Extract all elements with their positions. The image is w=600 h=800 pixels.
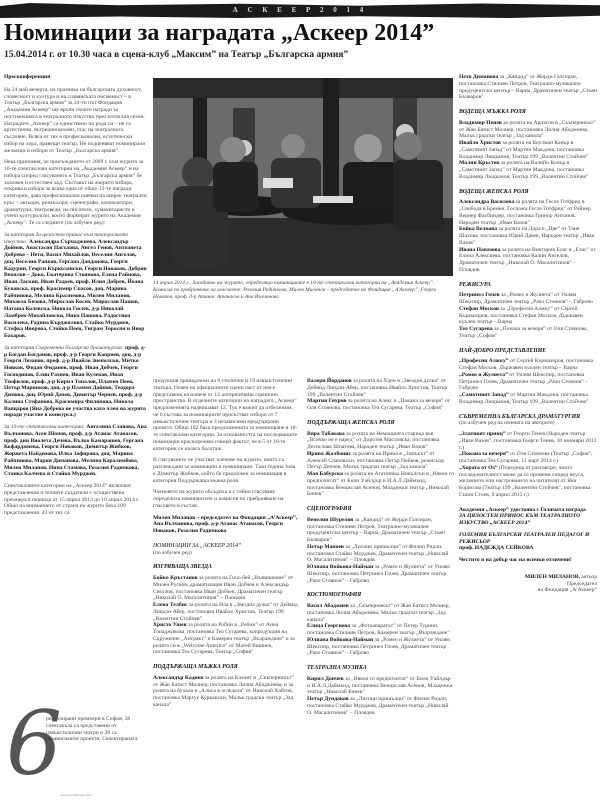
category-heading: НАЙ-ДОБРО ПРЕДСТАВЛЕНИЕ	[459, 348, 597, 355]
nominee: „Златният принц” от Георги Тенев (Народе…	[459, 431, 597, 451]
nominee: Васил Абаджиев за „Скъперникът” от Жан Б…	[307, 603, 454, 623]
nominee: Венелин Шурелов за „Кандид” от Жорди Гал…	[307, 517, 454, 544]
nominee: Бойка Велкова за ролята на Дора в „Цве” …	[459, 226, 597, 246]
nominations-heading: НОМИНАЦИИ ЗА „АСКЕЕР 2014”	[153, 543, 298, 550]
category-heading: ПОДДЪРЖАЩА МЪЖКА РОЛЯ	[153, 664, 298, 671]
photo-caption: 14 април 2014 г., Заседание на журито, о…	[153, 280, 453, 300]
category-heading: ИЗГРЯВАЩА ЗВЕЗДА	[153, 564, 298, 571]
category-heading: ВОДЕЩА МЪЖКА РОЛЯ	[459, 109, 597, 116]
lifetime-award-title: ЗА ЦЯЛОСТЕН ПРИНОС КЪМ ТЕАТРАЛНОТО ИЗКУС…	[459, 513, 597, 527]
paragraph: На 24 май вечерта, на празника на българ…	[4, 87, 147, 155]
category-heading: СЦЕНОГРАФИЯ	[307, 506, 454, 513]
page-number: 6	[6, 700, 62, 788]
category-heading: ПОДДЪРЖАЩА ЖЕНСКА РОЛЯ	[307, 420, 454, 427]
wrapped-paragraph: реализирани премиери в София, 38 спектак…	[46, 716, 146, 743]
nominee: „Самотният Запад” от Мартин Макдона, пос…	[459, 392, 597, 406]
nominee: Юлиана Войкова-Найман за „Ромео и Жулиет…	[307, 637, 454, 657]
nominee: Теа Сугарева за „Покана за вечеря” от Ол…	[459, 326, 597, 340]
nominee: Ивана Папазова за ролята на Виктория Ела…	[459, 247, 597, 274]
counting-commission: Милен Миланов – председател на Фондация …	[153, 515, 298, 535]
jury-category-1: За категория За цялостен принос към теат…	[4, 232, 147, 340]
jury-members: Ангелина Славова, Ана Вълчанова, Асен Шо…	[4, 424, 147, 477]
lifetime-award-intro: Академия „Аскеер” удостоява с Голямата н…	[459, 507, 597, 514]
page-subtitle: 15.04.2014 г. от 10.30 часа в сцена-клуб…	[4, 50, 348, 60]
signature: МИЛЕН МИЛАНОВ, актьор Председател на Фон…	[459, 574, 597, 594]
nominee: Александра Василева за ролята на Гесле Г…	[459, 199, 597, 226]
nominee: Петринел Гочев за „Ромео и Жулиета” от У…	[459, 292, 597, 306]
nominee: Петя Диманова за „Кандид” от Жорди Галсе…	[459, 74, 597, 101]
nominee: Петър Дундаков за „Лисици пришълци” от Ф…	[307, 696, 454, 716]
nominee: Елица Георгиева за „Фотоапаратът” от Пет…	[307, 623, 454, 637]
nominee: „Ромео и Жулиета” от Уилям Шекспир, пост…	[459, 372, 597, 392]
jury-photo	[153, 78, 453, 276]
nominee: Ивайло Христов за ролята на Коулман Конъ…	[459, 140, 597, 160]
category-heading: ВОДЕЩА ЖЕНСКА РОЛЯ	[459, 189, 597, 196]
jury-category-3: За 10-те спектаклови категории: Ангелина…	[4, 424, 147, 478]
column-1: Пресконференция На 24 май вечерта, на пр…	[4, 74, 147, 522]
photo-credit: Антоанета Вълчева 2014	[60, 793, 92, 797]
nominee: Александър Кадиев за ролята на Клеант в …	[153, 675, 298, 709]
press-conference-heading: Пресконференция	[4, 74, 147, 81]
nominee: Мартин Гяуров за ролята на Алекс в „Пока…	[307, 398, 454, 412]
nominee: Валери Йорданов за ролята на Хаум в „Зве…	[307, 378, 454, 398]
column-4: Петя Диманова за „Кандид” от Жорди Галсе…	[459, 74, 597, 594]
jury-members: Александра Сърчаджиева, Александър Дойно…	[4, 239, 147, 340]
photo-illustration	[153, 78, 453, 276]
signature-name: МИЛЕН МИЛАНОВ,	[525, 574, 580, 580]
nominee: Елена Телбис за ролята на Ила в „Звездна…	[153, 602, 298, 622]
nominee: Кирил Дончев за „Някои го предпочитат” о…	[307, 676, 454, 696]
category-note: (по азбучен ред на имената на авторите)	[459, 420, 597, 427]
jury-category-2: За категория Съвременна българска драмат…	[4, 345, 147, 419]
category-heading: КОСТЮМОГРАФИЯ	[307, 592, 454, 599]
column-3: Валери Йорданов за ролята на Хаум в „Зве…	[307, 378, 454, 716]
nominee: „Покана за вечеря” от Оля Стоянова (Теат…	[459, 451, 597, 465]
nominee: „Хората от Оз” (Поредица от разговори, ч…	[459, 465, 597, 499]
nominee: Христо Ушев за ролята на Робин в „Робин”…	[153, 622, 298, 656]
section-banner: А С К Е Е Р 2 0 1 4	[0, 3, 600, 18]
paragraph: Членовете на журито обсъдиха и с тайно г…	[153, 489, 298, 509]
category-heading: ТЕАТРАЛНА МУЗИКА	[307, 665, 454, 672]
nominee: Бойко Кръстанов за ролята на Гичо бей „В…	[153, 575, 298, 602]
nominee: Малин Кръстев за ролята на Валийн Конър …	[459, 160, 597, 180]
nominee: Юлиана Войкова-Найман за „Ромео и Жулиет…	[307, 564, 454, 584]
nominee: Стефан Москов за „Професия Алжку” от Сер…	[459, 306, 597, 326]
page-title: Номинации за наградата „Аскеер 2014”	[4, 20, 434, 47]
nominee: Вяра Табакова за ролята на Немощната ста…	[307, 431, 454, 451]
jury-members: проф. д-р Богдан Богданов, проф. д-р Гео…	[4, 345, 146, 419]
paragraph: продукция принадлежи на 8 столични и 19 …	[153, 378, 298, 452]
nominations-note: (по азбучен ред)	[153, 550, 298, 557]
recipient-name: проф. НАДЕЖДА СЕЙКОВА	[459, 545, 597, 552]
column-2: продукция принадлежи на 8 столични и 19 …	[153, 378, 298, 709]
nominee: „Професия Алжку” от Сергей Кърмазоров, п…	[459, 358, 597, 372]
nominee: Владимир Пенев за ролята на Арпагон в „С…	[459, 120, 597, 140]
paragraph: В гласуването не участват членове на жур…	[153, 457, 298, 484]
paragraph: Нека припомня, че присъждането от 2009 г…	[4, 159, 147, 227]
category-heading: РЕЖИСУРА	[459, 282, 597, 289]
nominee: Мая Бабурска за ролята на Агатоника Никъ…	[307, 471, 454, 498]
nominee: Ирина Жалбонис за ролята на Ирина в „Зам…	[307, 451, 454, 471]
nominee: Петър Маноев за „Лисици пришълци” от Фил…	[307, 544, 454, 564]
greeting: Честито и на добър час на всички отличен…	[459, 557, 597, 564]
paragraph: Спектакловите категории на „Аскеер 2014”…	[4, 483, 147, 517]
recipient-description: ГОЛЕМИЯ БЪЛГАРСКИ ТЕАТРАЛЕН ПЕДАГОГ И РЕ…	[459, 532, 597, 546]
